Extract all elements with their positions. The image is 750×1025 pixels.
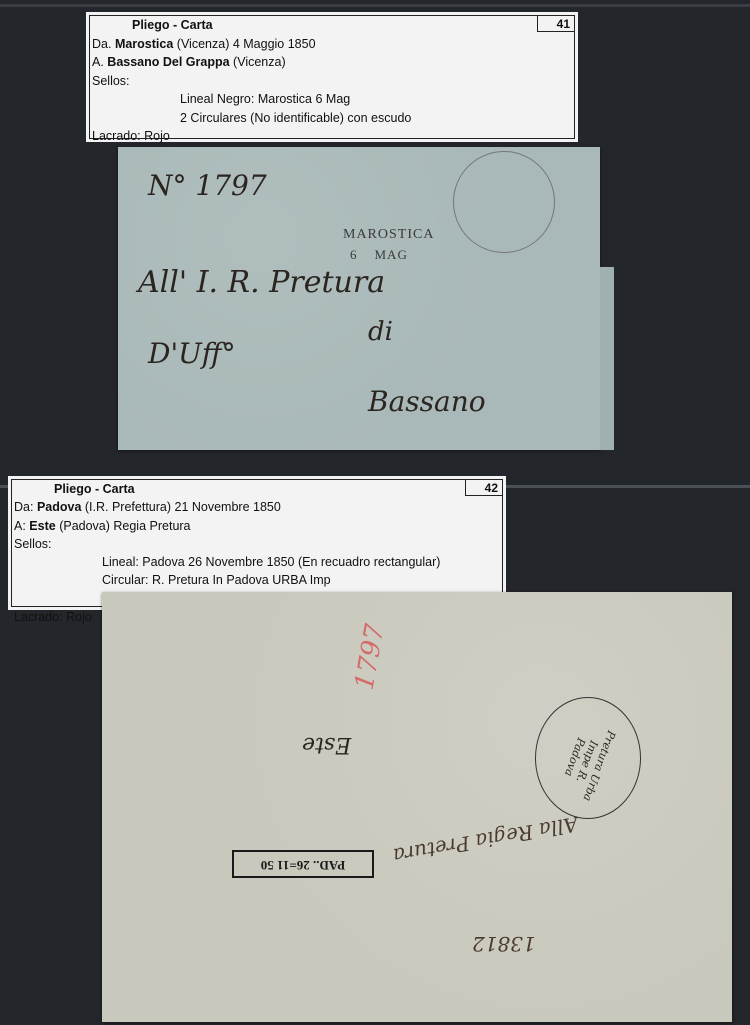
item-number: 42 — [465, 479, 503, 496]
address-line: di — [368, 317, 393, 347]
sello-item: Lineal: Padova 26 Novembre 1850 (En recu… — [14, 553, 502, 571]
sellos-heading: Sellos: — [92, 72, 574, 91]
sello-item: Circular: R. Pretura In Padova URBA Imp — [14, 571, 502, 589]
cover-41-image: N° 1797 MAROSTICA 6 MAG All' I. R. Pretu… — [118, 147, 600, 450]
sellos-heading: Sellos: — [14, 535, 502, 553]
handwritten-number: 13812 — [472, 932, 536, 956]
handwritten-number: N° 1797 — [148, 169, 267, 202]
red-annotation: 1797 — [350, 622, 391, 692]
circular-stamp — [453, 151, 555, 253]
cover-fold — [600, 267, 614, 450]
from-line: Da: Padova (I.R. Prefettura) 21 Novembre… — [14, 498, 502, 516]
description-label-42: 42 Pliego - Carta Da: Padova (I.R. Prefe… — [8, 476, 506, 610]
to-line: A: Este (Padova) Regia Pretura — [14, 517, 502, 535]
rectangular-padova-stamp: PAD.. 26=11 50 — [232, 850, 374, 878]
sello-item: 2 Circulares (No identificable) con escu… — [92, 109, 574, 128]
lineal-stamp-date: 6 MAG — [350, 247, 408, 263]
address-town: Bassano — [368, 385, 486, 418]
lineal-stamp-town: MAROSTICA — [343, 227, 434, 243]
address-line: All' I. R. Pretura — [138, 265, 385, 300]
handwritten-address: Alla Regia Pretura — [391, 812, 579, 868]
from-line: Da. Marostica (Vicenza) 4 Maggio 1850 — [92, 35, 574, 54]
to-line: A. Bassano Del Grappa (Vicenza) — [92, 53, 574, 72]
cover-42-image: 1797 Este Pretura Urba Impe R. Padova PA… — [102, 592, 732, 1022]
album-strip — [0, 4, 750, 7]
lacrado-line: Lacrado: Rojo — [92, 127, 574, 146]
description-label-41: 41 Pliego - Carta Da. Marostica (Vicenza… — [86, 12, 578, 142]
item-number: 41 — [537, 15, 575, 32]
label-title: Pliego - Carta — [92, 16, 574, 35]
label-title: Pliego - Carta — [14, 480, 502, 498]
handwritten-este: Este — [302, 732, 351, 757]
address-left: D'Uff° — [148, 337, 236, 370]
sello-item: Lineal Negro: Marostica 6 Mag — [92, 90, 574, 109]
